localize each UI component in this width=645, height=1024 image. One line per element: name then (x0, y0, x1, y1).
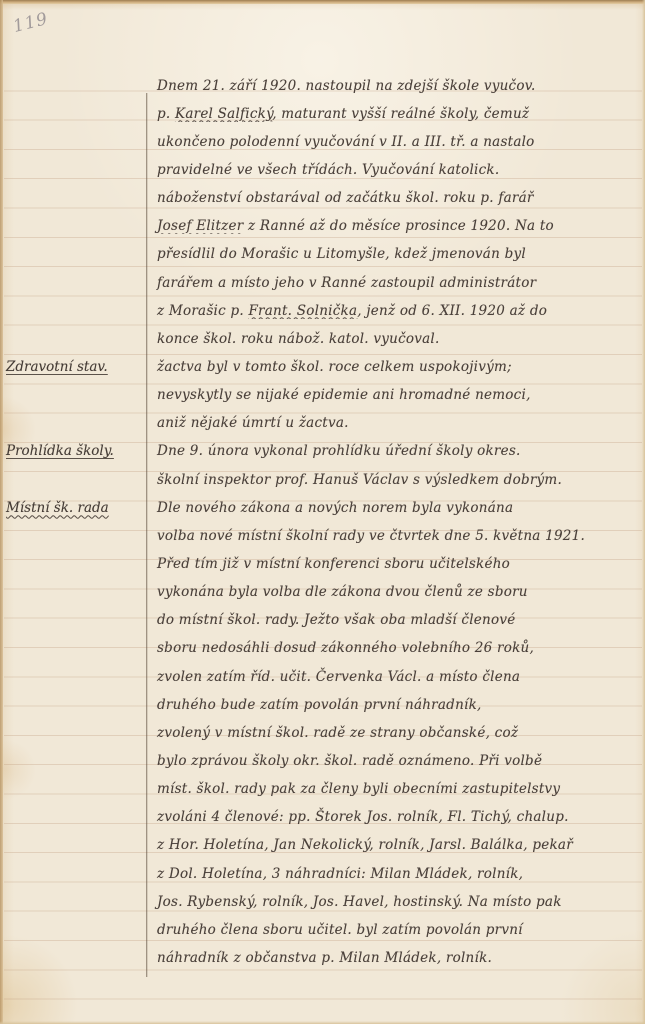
handwritten-line: Dnem 21. září 1920. nastoupil na zdejší … (157, 78, 536, 94)
text-row: přesídlil do Morašic u Litomyšle, kdež j… (0, 239, 645, 267)
text-column-cell: Dle nového zákona a nových norem byla vy… (147, 497, 645, 516)
text-row: zvolen zatím říd. učit. Červenka Václ. a… (0, 661, 645, 689)
handwritten-line: volba nové místní školní rady ve čtvrtek… (157, 528, 585, 544)
handwritten-line: nevyskytly se nijaké epidemie ani hromad… (157, 387, 531, 403)
text-column-cell: sboru nedosáhli dosud zákonného volebníh… (147, 637, 645, 656)
text-column-cell: školní inspektor prof. Hanuš Václav s vý… (147, 469, 645, 488)
text-column-cell: z Morašic p. Frant. Solnička, jenž od 6.… (147, 300, 645, 319)
margin-column-cell: Zdravotní stav. (0, 356, 147, 375)
handwritten-line: Jos. Rybenský, rolník, Jos. Havel, hosti… (157, 894, 562, 910)
text-row: zvolený v místní škol. radě ze strany ob… (0, 717, 645, 745)
handwritten-line: druhého bude zatím povolán první náhradn… (157, 697, 482, 713)
text-column-cell: do místní škol. rady. Ježto však oba mla… (147, 609, 645, 628)
handwritten-line: p. Karel Salfický, maturant vyšší reálné… (157, 106, 529, 122)
text-column-cell: konce škol. roku nábož. katol. vyučoval. (147, 328, 645, 347)
text-column-cell: bylo zprávou školy okr. škol. radě oznám… (147, 750, 645, 769)
text-row: náboženství obstarával od začátku škol. … (0, 183, 645, 211)
text-row: vykonána byla volba dle zákona dvou člen… (0, 577, 645, 605)
handwritten-line: z Morašic p. Frant. Solnička, jenž od 6.… (157, 303, 547, 319)
text-row: z Dol. Holetína, 3 náhradníci: Milan Mlá… (0, 858, 645, 886)
underlined-name: Karel Salfický (175, 106, 272, 122)
handwritten-line: Josef Elitzer z Ranné až do měsíce prosi… (157, 218, 554, 234)
text-row: Před tím již v místní konferenci sboru u… (0, 548, 645, 576)
handwritten-line: zvolený v místní škol. radě ze strany ob… (157, 725, 518, 741)
underlined-name: Frant. Solnička (248, 303, 357, 319)
margin-column-cell: Místní šk. rada (0, 497, 147, 516)
handwritten-line: pravidelné ve všech třídách. Vyučování k… (157, 162, 499, 178)
handwritten-line: z Dol. Holetína, 3 náhradníci: Milan Mlá… (157, 866, 523, 882)
text-column-cell: aniž nějaké úmrtí u žactva. (147, 412, 645, 431)
text-column-cell: zvolený v místní škol. radě ze strany ob… (147, 722, 645, 741)
handwritten-line: Před tím již v místní konferenci sboru u… (157, 556, 510, 572)
text-column-cell: přesídlil do Morašic u Litomyšle, kdež j… (147, 243, 645, 262)
margin-note: Prohlídka školy. (6, 443, 114, 459)
handwritten-line: vykonána byla volba dle zákona dvou člen… (157, 584, 528, 600)
handwritten-line: zvoláni 4 členové: pp. Štorek Jos. rolní… (157, 809, 569, 825)
text-column-cell: Jos. Rybenský, rolník, Jos. Havel, hosti… (147, 891, 645, 910)
handwritten-line: farářem a místo jeho v Ranné zastoupil a… (157, 275, 536, 291)
text-row: náhradník z občanstva p. Milan Mládek, r… (0, 942, 645, 970)
text-column-cell: z Hor. Holetína, Jan Nekolický, rolník, … (147, 834, 645, 853)
text-column-cell: zvolen zatím říd. učit. Červenka Václ. a… (147, 666, 645, 685)
text-row: Jos. Rybenský, rolník, Jos. Havel, hosti… (0, 886, 645, 914)
handwritten-line: žactva byl v tomto škol. roce celkem usp… (157, 359, 512, 375)
text-row: zvoláni 4 členové: pp. Štorek Jos. rolní… (0, 802, 645, 830)
text-row: do místní škol. rady. Ježto však oba mla… (0, 605, 645, 633)
margin-note: Místní šk. rada (6, 500, 109, 516)
paper-edge-top (0, 0, 645, 4)
handwritten-text-block: Dnem 21. září 1920. nastoupil na zdejší … (0, 70, 645, 971)
text-column-cell: náhradník z občanstva p. Milan Mládek, r… (147, 947, 645, 966)
text-column-cell: volba nové místní školní rady ve čtvrtek… (147, 525, 645, 544)
handwritten-line: školní inspektor prof. Hanuš Václav s vý… (157, 472, 562, 488)
page-number: 119 (11, 9, 50, 37)
text-row: Dnem 21. září 1920. nastoupil na zdejší … (0, 70, 645, 98)
text-column-cell: druhého člena sboru učitel. byl zatím po… (147, 919, 645, 938)
handwritten-line: Dle nového zákona a nových norem byla vy… (157, 500, 513, 516)
text-row: farářem a místo jeho v Ranné zastoupil a… (0, 267, 645, 295)
handwritten-line: sboru nedosáhli dosud zákonného volebníh… (157, 640, 534, 656)
text-column-cell: žactva byl v tomto škol. roce celkem usp… (147, 356, 645, 375)
margin-note: Zdravotní stav. (6, 359, 108, 375)
handwritten-line: konce škol. roku nábož. katol. vyučoval. (157, 331, 440, 347)
text-row: bylo zprávou školy okr. škol. radě oznám… (0, 745, 645, 773)
handwritten-line: přesídlil do Morašic u Litomyšle, kdež j… (157, 246, 526, 262)
underlined-name: Josef Elitzer (157, 218, 243, 234)
text-row: volba nové místní školní rady ve čtvrtek… (0, 520, 645, 548)
text-column-cell: farářem a místo jeho v Ranné zastoupil a… (147, 272, 645, 291)
handwritten-line: náboženství obstarával od začátku škol. … (157, 190, 534, 206)
chronicle-page: 119 Dnem 21. září 1920. nastoupil na zde… (0, 0, 645, 1024)
text-row: sboru nedosáhli dosud zákonného volebníh… (0, 633, 645, 661)
text-column-cell: nevyskytly se nijaké epidemie ani hromad… (147, 384, 645, 403)
text-row: míst. škol. rady pak za členy byli obecn… (0, 774, 645, 802)
text-column-cell: pravidelné ve všech třídách. Vyučování k… (147, 159, 645, 178)
text-column-cell: Dne 9. února vykonal prohlídku úřední šk… (147, 440, 645, 459)
handwritten-line: druhého člena sboru učitel. byl zatím po… (157, 922, 523, 938)
handwritten-line: do místní škol. rady. Ježto však oba mla… (157, 612, 515, 628)
text-row: druhého člena sboru učitel. byl zatím po… (0, 914, 645, 942)
handwritten-line: Dne 9. února vykonal prohlídku úřední šk… (157, 443, 521, 459)
text-row: konce škol. roku nábož. katol. vyučoval. (0, 323, 645, 351)
text-column-cell: vykonána byla volba dle zákona dvou člen… (147, 581, 645, 600)
text-column-cell: Josef Elitzer z Ranné až do měsíce prosi… (147, 215, 645, 234)
handwritten-line: ukončeno polodenní vyučování v II. a III… (157, 134, 535, 150)
text-row: nevyskytly se nijaké epidemie ani hromad… (0, 380, 645, 408)
handwritten-line: zvolen zatím říd. učit. Červenka Václ. a… (157, 669, 520, 685)
handwritten-line: míst. škol. rady pak za členy byli obecn… (157, 781, 560, 797)
text-column-cell: zvoláni 4 členové: pp. Štorek Jos. rolní… (147, 806, 645, 825)
text-column-cell: z Dol. Holetína, 3 náhradníci: Milan Mlá… (147, 863, 645, 882)
handwritten-line: bylo zprávou školy okr. škol. radě oznám… (157, 753, 542, 769)
handwritten-line: z Hor. Holetína, Jan Nekolický, rolník, … (157, 837, 573, 853)
text-row: aniž nějaké úmrtí u žactva. (0, 408, 645, 436)
text-row: z Morašic p. Frant. Solnička, jenž od 6.… (0, 295, 645, 323)
text-column-cell: druhého bude zatím povolán první náhradn… (147, 694, 645, 713)
handwritten-line: aniž nějaké úmrtí u žactva. (157, 415, 349, 431)
text-row: Prohlídka školy.Dne 9. února vykonal pro… (0, 436, 645, 464)
text-column-cell: ukončeno polodenní vyučování v II. a III… (147, 131, 645, 150)
text-row: ukončeno polodenní vyučování v II. a III… (0, 126, 645, 154)
text-row: Zdravotní stav.žactva byl v tomto škol. … (0, 351, 645, 379)
text-row: školní inspektor prof. Hanuš Václav s vý… (0, 464, 645, 492)
text-row: p. Karel Salfický, maturant vyšší reálné… (0, 98, 645, 126)
text-row: z Hor. Holetína, Jan Nekolický, rolník, … (0, 830, 645, 858)
text-row: druhého bude zatím povolán první náhradn… (0, 689, 645, 717)
text-row: pravidelné ve všech třídách. Vyučování k… (0, 154, 645, 182)
text-column-cell: míst. škol. rady pak za členy byli obecn… (147, 778, 645, 797)
text-column-cell: p. Karel Salfický, maturant vyšší reálné… (147, 103, 645, 122)
text-column-cell: Před tím již v místní konferenci sboru u… (147, 553, 645, 572)
text-row: Josef Elitzer z Ranné až do měsíce prosi… (0, 211, 645, 239)
handwritten-line: náhradník z občanstva p. Milan Mládek, r… (157, 950, 492, 966)
margin-column-cell: Prohlídka školy. (0, 440, 147, 459)
text-column-cell: náboženství obstarával od začátku škol. … (147, 187, 645, 206)
text-row: Místní šk. radaDle nového zákona a novýc… (0, 492, 645, 520)
text-column-cell: Dnem 21. září 1920. nastoupil na zdejší … (147, 75, 645, 94)
